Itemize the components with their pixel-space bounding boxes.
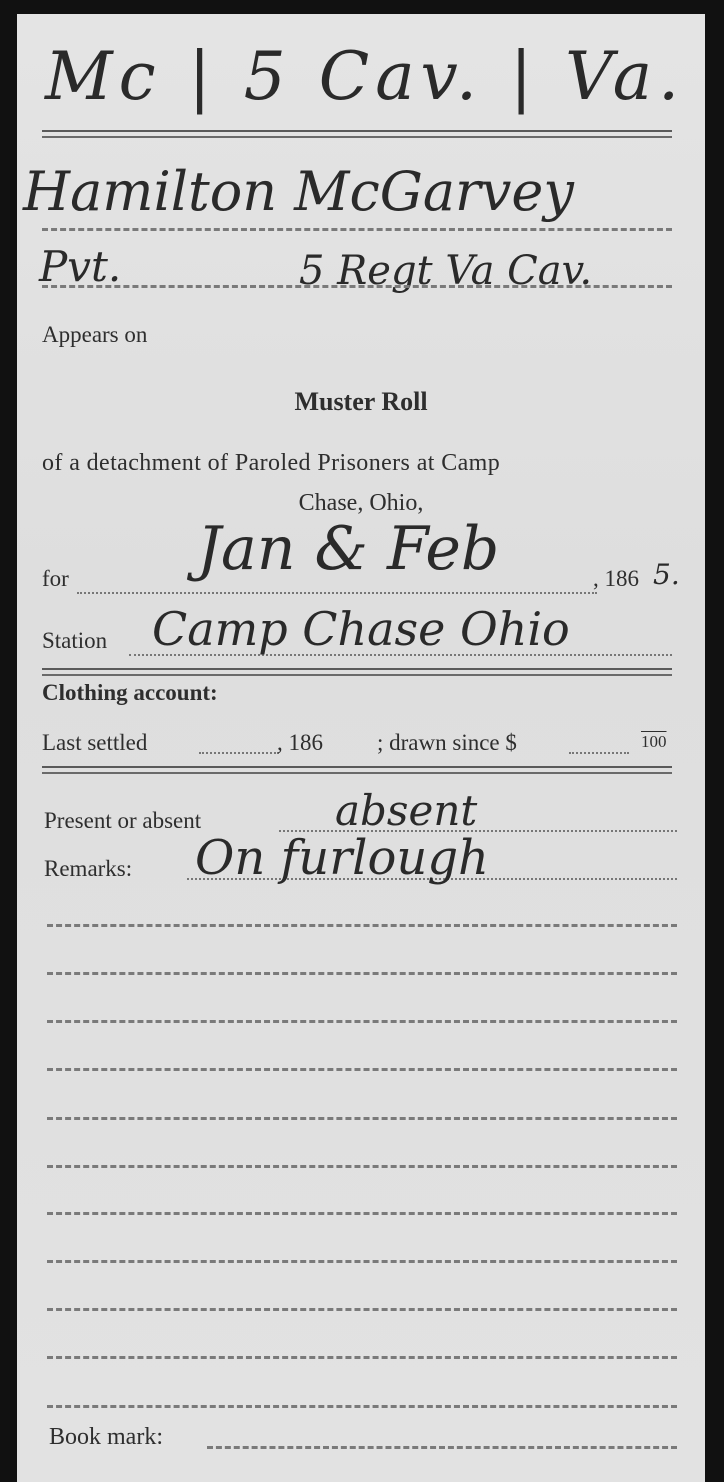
blank-line-9 xyxy=(47,1308,677,1311)
drawn-since-label: ; drawn since $ xyxy=(377,730,517,756)
blank-line-5 xyxy=(47,1117,677,1120)
for-dotted-line xyxy=(77,592,597,594)
last-settled-year: , 186 xyxy=(277,730,323,756)
blank-line-4 xyxy=(47,1068,677,1071)
bookmark-label: Book mark: xyxy=(49,1424,163,1451)
heading-double-rule xyxy=(42,130,672,138)
remarks-label: Remarks: xyxy=(44,856,132,882)
last-settled-dotted-line xyxy=(199,752,279,754)
year-prefix: , 186 xyxy=(593,566,639,592)
remarks-value: On furlough xyxy=(195,830,489,886)
description-line-2: Chase, Ohio, xyxy=(17,490,705,517)
name-line xyxy=(42,228,672,231)
for-label: for xyxy=(42,566,69,592)
document-title: Muster Roll xyxy=(17,387,705,417)
clothing-double-rule xyxy=(42,766,672,774)
station-label: Station xyxy=(42,628,107,654)
blank-line-1 xyxy=(47,924,677,927)
blank-line-3 xyxy=(47,1020,677,1023)
station-double-rule xyxy=(42,668,672,676)
blank-line-2 xyxy=(47,972,677,975)
unit-heading: Mc | 5 Cav. | Va. xyxy=(45,38,685,115)
bookmark-line xyxy=(207,1446,677,1449)
appears-on-label: Appears on xyxy=(42,322,147,348)
description-line-1: of a detachment of Paroled Prisoners at … xyxy=(42,450,682,477)
drawn-since-dotted-line xyxy=(569,752,629,754)
blank-line-10 xyxy=(47,1356,677,1359)
last-settled-label: Last settled xyxy=(42,730,147,756)
for-value: Jan & Feb xyxy=(197,514,499,584)
rank: Pvt. xyxy=(39,242,121,291)
clothing-account-label: Clothing account: xyxy=(42,680,218,706)
present-absent-value: absent xyxy=(335,786,477,835)
year-suffix: 5. xyxy=(653,558,680,591)
station-value: Camp Chase Ohio xyxy=(152,602,570,656)
muster-roll-card: Mc | 5 Cav. | Va. Hamilton McGarvey Pvt.… xyxy=(17,14,705,1482)
blank-line-11 xyxy=(47,1405,677,1408)
blank-line-6 xyxy=(47,1165,677,1168)
rank-line xyxy=(42,285,672,288)
drawn-since-cents: 100 xyxy=(641,732,667,752)
blank-line-7 xyxy=(47,1212,677,1215)
blank-line-8 xyxy=(47,1260,677,1263)
soldier-name: Hamilton McGarvey xyxy=(23,160,574,223)
present-absent-label: Present or absent xyxy=(44,808,201,834)
